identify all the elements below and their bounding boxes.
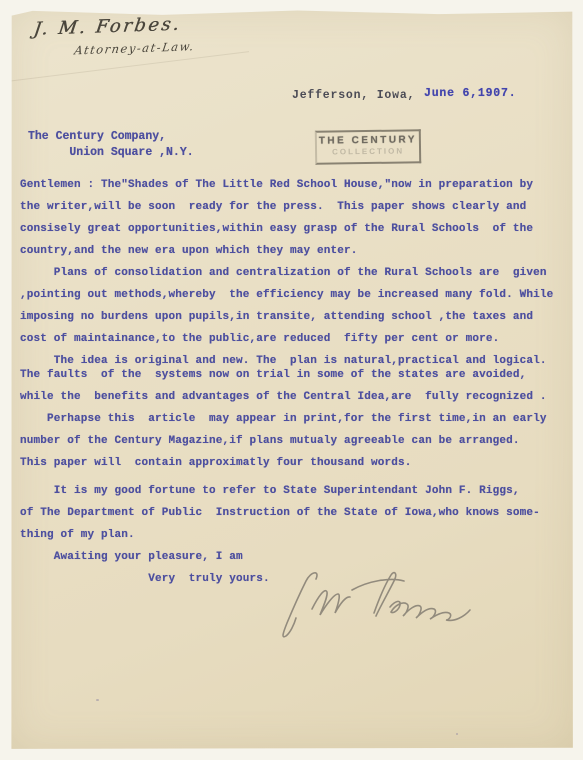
body-line: while the benefits and advantages of the… (20, 386, 568, 408)
body-line: the writer,will be soon ready for the pr… (20, 196, 568, 218)
body-line: cost of maintainance,to the public,are r… (20, 328, 568, 350)
body-line: The faults of the systems now on trial i… (20, 364, 568, 386)
body-line: Plans of consolidation and centralizatio… (20, 262, 568, 284)
signature-script (278, 563, 478, 643)
body-line: Gentlemen : The"Shades of The Little Red… (20, 174, 568, 196)
recipient-address: The Century Company, Union Square ,N.Y. (28, 129, 194, 161)
body-line: imposing no burdens upon pupils,in trans… (20, 306, 568, 328)
letterhead-name: J. M. Forbes. (32, 13, 195, 40)
letter-body: Gentlemen : The"Shades of The Little Red… (20, 174, 568, 590)
stamp-line-1: THE CENTURY (317, 134, 419, 146)
recipient-line: The Century Company, (28, 129, 194, 145)
body-line: Perhapse this article may appear in prin… (20, 408, 568, 430)
century-collection-stamp: THE CENTURY COLLECTION (315, 129, 421, 164)
dateline-place: Jefferson, Iowa, (292, 89, 415, 102)
body-line: This paper will contain approximatly fou… (20, 452, 568, 474)
body-line: number of the Century Magazine,if plans … (20, 430, 568, 452)
body-line: ,pointing out methods,whereby the effici… (20, 284, 568, 306)
letterhead: J. M. Forbes. Attorney-at-Law. (33, 13, 195, 59)
paper-speckle (456, 733, 458, 735)
scan-background: { "document_type": "typewritten letter (… (0, 0, 583, 760)
recipient-line: Union Square ,N.Y. (28, 145, 194, 161)
body-line: consisely great opportunities,within eas… (20, 218, 568, 240)
body-line: thing of my plan. (20, 524, 568, 546)
paper-speckle (96, 699, 99, 701)
stamp-line-2: COLLECTION (317, 146, 419, 156)
dateline-date: June 6,1907. (424, 87, 516, 100)
body-line: It is my good fortune to refer to State … (20, 480, 568, 502)
body-line: country,and the new era upon which they … (20, 240, 568, 262)
body-line: of The Department of Public Instruction … (20, 502, 568, 524)
